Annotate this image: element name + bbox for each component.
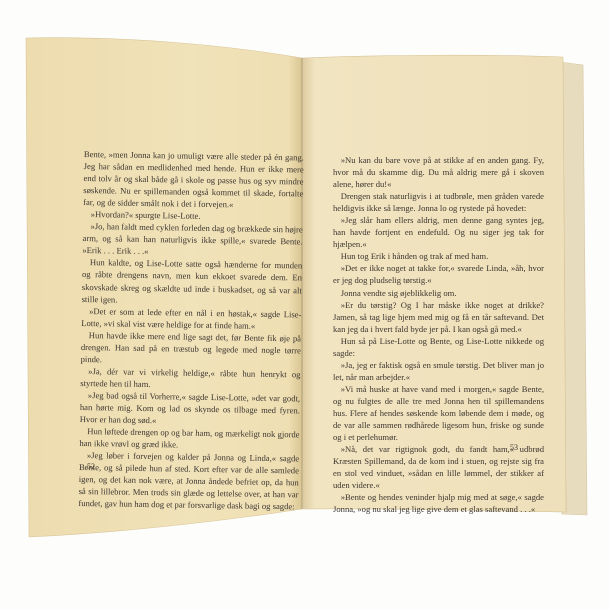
- paragraph: Hun tog Erik i hånden og trak af med ham…: [333, 250, 544, 262]
- paragraph: »Jeg slår ham ellers aldrig, men denne g…: [333, 214, 544, 250]
- right-page-number: 53: [510, 443, 518, 452]
- right-page-body: »Nu kan du bare vove på at stikke af en …: [333, 154, 544, 515]
- paragraph: Hun så på Lise-Lotte og Bente, og Lise-L…: [333, 335, 544, 359]
- paragraph: »Nu kan du bare vove på at stikke af en …: [333, 154, 544, 190]
- paragraph: »Ja, jeg er faktisk også en smule tørsti…: [333, 359, 544, 383]
- paragraph: »Jeg bad også til Vorherre,« sagde Lise-…: [80, 389, 301, 429]
- paragraph: »Det er som at lede efter en nål i en hø…: [81, 305, 301, 333]
- paragraph: »Vi må huske at have vand med i morgen,«…: [333, 383, 544, 443]
- paragraph: Hun løftede drengen op og bar ham, og mæ…: [79, 425, 299, 453]
- paragraph: »Er du tørstig? Og I har måske ikke noge…: [333, 299, 544, 335]
- photo-scene: Bente, »men Jonna kan jo umuligt være al…: [0, 0, 610, 610]
- paragraph: Bente, »men Jonna kan jo umuligt være al…: [83, 148, 304, 212]
- left-page-body: Bente, »men Jonna kan jo umuligt være al…: [78, 148, 304, 513]
- paragraph: Jonna vendte sig øjeblikkelig om.: [333, 287, 544, 299]
- paragraph: »Ja, dér var vi virkelig heldige,« råbte…: [80, 365, 300, 393]
- paragraph: »Bente og hendes veninder hjalp mig med …: [333, 491, 544, 515]
- paragraph: Hun kaldte, og Lise-Lotte satte også hæn…: [82, 256, 303, 308]
- paragraph: »Jo, han faldt med cyklen forleden dag o…: [82, 220, 303, 260]
- paragraph: Hun havde ikke mere end lige sagt det, f…: [81, 329, 302, 369]
- paragraph: Drengen stak naturligvis i at tudbrøle, …: [333, 190, 544, 214]
- left-page-number: 52: [87, 462, 95, 471]
- paragraph: »Jeg løber i forvejen og kalder på Jonna…: [78, 449, 299, 513]
- paragraph: »Det er ikke noget at takke for,« svared…: [333, 262, 544, 286]
